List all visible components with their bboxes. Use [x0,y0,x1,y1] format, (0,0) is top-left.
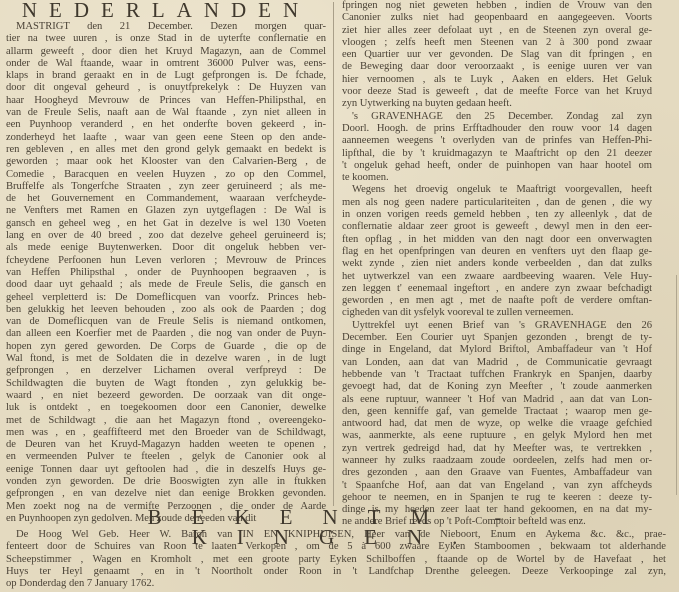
text-line: 's GRAVENHAGE den 25 December. Zondag za… [342,111,652,123]
text-line: men was , en , geaffifteerd met den Broe… [6,427,326,439]
text-line: gevoegt had, dat de Koning zyn Meefter ,… [342,381,652,393]
text-line: Scheepstimmer , Wagen en Kromholt , met … [6,554,666,566]
text-line: door dit ongeval geheurd , is onuytfprek… [6,82,326,94]
text-line: hopen zyn gered geworden. De Corps de Gu… [6,341,326,353]
masthead-title: NEDERLANDEN [6,0,326,20]
text-line: zen leggen t' eenemaal ingeftort , en an… [342,283,652,295]
text-line: lipfthal, die by 't kruidmagazyn te Maaf… [342,148,652,160]
text-line: Doorl. Hoogh. de prins Erfftadhouder den… [342,123,652,135]
text-line: en vermeenden Pulver te fteelen , gelyk … [6,451,326,463]
text-line: luk is ontdekt , en toegekoomen door een… [6,402,326,414]
text-line: hebbende van 't Tractaat tuffchen Frankr… [342,369,652,381]
text-line: een Quartier uur ver gevonden. De Slag v… [342,49,652,61]
text-line: van Londen, aan dat van Madrid , de Comm… [342,357,652,369]
text-line: de het Gouvernement en Commandement, waa… [6,193,326,205]
text-line: December. Een Courier uyt Spanjen gezond… [342,332,652,344]
text-line: fpringen nog niet geweten hebben , indie… [342,0,652,12]
text-line: dood daar uyt gehaald ; als mede de Freu… [6,279,326,291]
text-line: zonderheyd het laafte , waar van geen ee… [6,132,326,144]
text-line: van de Domeflicquen van de Freule Selis … [6,316,326,328]
text-line: aanneemen weegens 't overlyden van de pr… [342,135,652,147]
text-line: allarm geweeft , door dien het Kruyd Mag… [6,46,326,58]
text-line: voor deeze Stad is geweeft , dat de meef… [342,86,652,98]
text-line: Uyttrekfel uyt eenen Brief van 's GRAVEN… [342,320,652,332]
text-line: geworden ; maar ook het Klooster van den… [6,156,326,168]
text-line: tier na twee uuren , is onze Stad in de … [6,33,326,45]
text-line: fcheydene Perfoonen hun Leven verloren ;… [6,255,326,267]
right-column-text: fpringen nog niet geweten hebben , indie… [342,0,652,529]
text-line: gehoor te neemen, en in Spanjen te rug t… [342,492,652,504]
text-line: antwoord had, dat men de wyze, op welke … [342,418,652,430]
text-line: fenteert door de Schuires van Roon te la… [6,541,666,553]
left-column-text: MASTRIGT den 21 December. Dezen morgen q… [6,21,326,525]
text-line: gefprongen , en van dezelve niet dan een… [6,488,326,500]
text-line: van Heffen Philipsthal , onder de Puynho… [6,267,326,279]
text-line: ziet hier alles zeer defolaat uyt , en d… [342,25,652,37]
text-line: haar Hoogheyd Mevrouw de Princes van Hef… [6,95,326,107]
text-line: wekt zynde , zien niet anders konde verb… [342,258,652,270]
text-line: een Puynhoop veranderd , en het onderfte… [6,119,326,131]
text-line: ben gelukkig het leeven behouden , zoo a… [6,304,326,316]
text-line: geworden , en men agt , met de naafte po… [342,295,652,307]
text-line: De Hoog Wel Geb. Heer W. Baron van IN EN… [6,529,666,541]
text-line: ne Venfters met Ramen en Glazen zyn uytg… [6,205,326,217]
right-column: fpringen nog niet geweten hebben , indie… [342,0,652,529]
text-line: Wal ftond, is met de Soldaten die in dez… [6,353,326,365]
margin-rule [676,275,677,495]
text-line: met de Schildwagt , die aan het Magazyn … [6,415,326,427]
text-line: dan alleen een Koerfier met de Paarden ,… [6,328,326,340]
text-line: Bruffelfe als Tongerfche Straaten , zyn … [6,181,326,193]
text-line: vloogen ; zelfs heeft men Steenen van 2 … [342,37,652,49]
text-line: waard , en niet bezeerd geworden. De oor… [6,390,326,402]
text-line: in onzen vorigen reeds gemeld hebben , t… [342,209,652,221]
text-line: dinge in Engeland, dat Mylord Briftol, A… [342,344,652,356]
text-line: 't Spaanfche Hof, aan dat van Engeland ,… [342,480,652,492]
text-line: als eene ruptuur, wanneer 't Hof van Mad… [342,394,652,406]
text-line: onder de Wal ftaande, waar in omtrent 36… [6,58,326,70]
text-line: men als nog geen nadere particulariteite… [342,197,652,209]
column-divider [333,2,334,506]
text-line: ren gebleven , en alles met den grond ge… [6,144,326,156]
text-line: de Deuren van het Kruyd-Magazyn hadden w… [6,439,326,451]
text-line: Schildwagten die buyten de Wagt ftonden … [6,378,326,390]
text-line: vonden zyn geworden. De drie Booswigten … [6,476,326,488]
text-line: te koomen. [342,172,652,184]
text-line: flag en het openfpringen van deuren en v… [342,246,652,258]
text-line: gansch en geheel weg , en het Gat in dez… [6,218,326,230]
text-line: zyn Uytwerking na buyten gedaan heeft. [342,98,652,110]
text-line: de Beweging daar door veroorzaakt , is e… [342,61,652,73]
text-line: 't ongeluk gehad heeft, onder de puinhop… [342,160,652,172]
text-line: Comedie , Baracquen en veelen Huyzen , z… [6,169,326,181]
text-line: geheel verpletterd is: De Domeflicquen v… [6,292,326,304]
text-line: klaps in brand geraakt en in de Lugt gef… [6,70,326,82]
text-line: Huys ter Heyl genaamt , en in 't Noortho… [6,566,666,578]
newspaper-page: NEDERLANDEN MASTRIGT den 21 December. De… [0,0,679,592]
text-line: den, geen kenniffe gaf, van gemelde Trac… [342,406,652,418]
text-line: Canonier zulks niet had geopenbaard en a… [342,12,652,24]
left-column: NEDERLANDEN MASTRIGT den 21 December. De… [6,0,326,525]
text-line: lang en over de 40 breed , zoo dat dezel… [6,230,326,242]
text-line: MASTRIGT den 21 December. Dezen morgen q… [6,21,326,33]
text-line: als mede eenige Buytenwerken. Door dit o… [6,242,326,254]
text-line: wanneer hy zulks raadzaam zoude oordeele… [342,455,652,467]
text-line: was, aanmerkte, als eene ruptuure , en g… [342,430,652,442]
text-line: eenige Tonnen daar uyt geftoolen had , d… [6,464,326,476]
text-line: ften opflag , in het midden van den nagt… [342,234,652,246]
text-line: dres gezonden , aan den Graave van Fuent… [342,467,652,479]
text-line: het uytwerkzel van een zwaare aardbeevin… [342,271,652,283]
text-line: conflernatie aldaar zeer groot is geweef… [342,221,652,233]
text-line: zyn vertrek gedreigd had, dat hy Meefter… [342,443,652,455]
text-line: op Donderdag den 7 January 1762. [6,578,666,590]
text-line: Wegens het droevig ongeluk te Maaftrigt … [342,184,652,196]
announcement-body: De Hoog Wel Geb. Heer W. Baron van IN EN… [6,529,666,590]
text-line: cigheden van dit ysfelyk vooreval te zul… [342,307,652,319]
text-line: hier vernoomen , als te Luyk , Aaken en … [342,74,652,86]
text-line: gefprongen , en derzelver Lichamen overa… [6,365,326,377]
text-line: van de Freule Selis, naaft aan de Wal ft… [6,107,326,119]
